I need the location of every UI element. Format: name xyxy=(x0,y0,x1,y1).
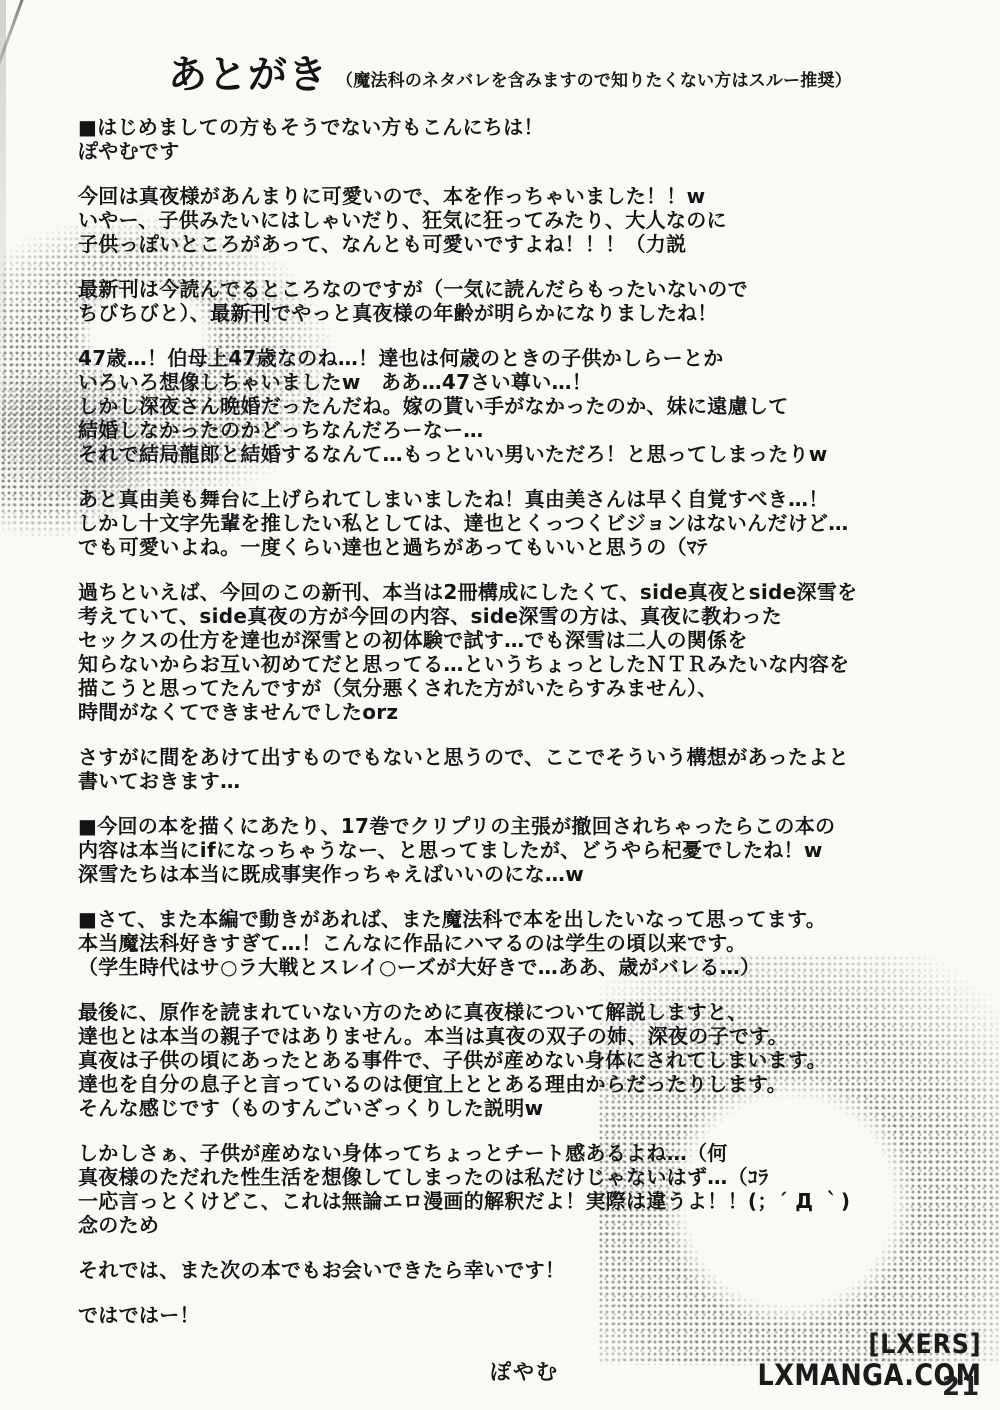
paragraph: 最後に、原作を読まれていない方のために真夜様について解説しますと、達也とは本当の… xyxy=(78,1000,958,1120)
paragraph: 47歳…！伯母上47歳なのね…！達也は何歳のときの子供かしらーとかいろいろ想像し… xyxy=(78,346,958,466)
text-line: 達也を自分の息子と言っているのは便宜上ととある理由からだったりします。 xyxy=(78,1072,958,1096)
text-line: ぽやむです xyxy=(78,139,958,163)
text-line: 今回は真夜様があんまりに可愛いので、本を作っちゃいました！！w xyxy=(78,184,958,208)
text-line: ■さて、また本編で動きがあれば、また魔法科で本を出したいなって思ってます。 xyxy=(78,907,958,931)
text-line: 真夜様のただれた性生活を想像してしまったのは私だけじゃないはず…（ｺﾗ xyxy=(78,1165,958,1189)
text-line: ちびちびと）、最新刊でやっと真夜様の年齢が明らかになりましたね！ xyxy=(78,301,958,325)
text-line: 47歳…！伯母上47歳なのね…！達也は何歳のときの子供かしらーとか xyxy=(78,346,958,370)
afterword-body: ■はじめましての方もそうでない方もこんにちは！ぽやむです今回は真夜様があんまりに… xyxy=(78,115,958,1348)
paragraph: しかしさぁ、子供が産めない身体ってちょっとチート感あるよね…（何真夜様のただれた… xyxy=(78,1141,958,1237)
text-line: ではではー！ xyxy=(78,1303,958,1327)
paragraph: さすがに間をあけて出すものでもないと思うので、ここでそういう構想があったよと書い… xyxy=(78,745,958,793)
text-line: さすがに間をあけて出すものでもないと思うので、ここでそういう構想があったよと xyxy=(78,745,958,769)
scan-edge-left xyxy=(0,0,6,520)
text-line: 念のため xyxy=(78,1213,958,1237)
paragraph: 最新刊は今読んでるところなのですが（一気に読んだらもったいないのでちびちびと）、… xyxy=(78,277,958,325)
text-line: 考えていて、side真夜の方が今回の内容、side深雪の方は、真夜に教わった xyxy=(78,604,958,628)
text-line: （学生時代はサ○ラ大戦とスレイ○ーズが大好きで…ああ、歳がバレる…） xyxy=(78,955,958,979)
text-line: 内容は本当にifになっちゃうなー、と思ってましたが、どうやら杞憂でしたね！w xyxy=(78,838,958,862)
text-line: 時間がなくてできませんでしたorz xyxy=(78,700,958,724)
text-line: でも可愛いよね。一度くらい達也と過ちがあってもいいと思うの（ﾏﾃ xyxy=(78,535,958,559)
text-line: そんな感じです（ものすんごいざっくりした説明w xyxy=(78,1096,958,1120)
text-line: それで結局龍郎と結婚するなんて…もっといい男いただろ！と思ってしまったりw xyxy=(78,442,958,466)
text-line: あと真由美も舞台に上げられてしまいましたね！真由美さんは早く自覚すべき…！ xyxy=(78,487,958,511)
scan-artifact-top-left xyxy=(0,0,25,86)
text-line: 一応言っとくけどこ、これは無論エロ漫画的解釈だよ！実際は違うよ！！(；´ Д ｀… xyxy=(78,1189,958,1213)
page-title: あとがき xyxy=(168,56,328,95)
text-line: いやー、子供みたいにはしゃいだり、狂気に狂ってみたり、大人なのに xyxy=(78,208,958,232)
text-line: 書いておきます… xyxy=(78,769,958,793)
text-line: それでは、また次の本でもお会いできたら幸いです！ xyxy=(78,1258,958,1282)
text-line: しかしさぁ、子供が産めない身体ってちょっとチート感あるよね…（何 xyxy=(78,1141,958,1165)
watermark-group-name: [LXERS] xyxy=(758,1331,982,1360)
text-line: 深雪たちは本当に既成事実作っちゃえばいいのにな…w xyxy=(78,862,958,886)
text-line: 子供っぽいところがあって、なんとも可愛いですよね！！！（力説 xyxy=(78,232,958,256)
paragraph: ■はじめましての方もそうでない方もこんにちは！ぽやむです xyxy=(78,115,958,163)
text-line: 知らないからお互い初めてだと思ってる…というちょっとしたＮＴＲみたいな内容を xyxy=(78,652,958,676)
page-number: 21 xyxy=(942,1372,980,1402)
text-line: 過ちといえば、今回のこの新刊、本当は2冊構成にしたくて、side真夜とside深… xyxy=(78,580,958,604)
text-line: 達也とは本当の親子ではありません。本当は真夜の双子の姉、深夜の子です。 xyxy=(78,1024,958,1048)
page-subtitle: （魔法科のネタバレを含みますので知りたくない方はスルー推奨） xyxy=(336,66,852,95)
text-line: 描こうと思ってたんですが（気分悪くされた方がいたらすみません）、 xyxy=(78,676,958,700)
text-line: 最後に、原作を読まれていない方のために真夜様について解説しますと、 xyxy=(78,1000,958,1024)
paragraph: ではではー！ xyxy=(78,1303,958,1327)
paragraph: 過ちといえば、今回のこの新刊、本当は2冊構成にしたくて、side真夜とside深… xyxy=(78,580,958,724)
text-line: 真夜は子供の頃にあったとある事件で、子供が産めない身体にされてしまいます。 xyxy=(78,1048,958,1072)
paragraph: あと真由美も舞台に上げられてしまいましたね！真由美さんは早く自覚すべき…！しかし… xyxy=(78,487,958,559)
text-line: しかし十文字先輩を推したい私としては、達也とくっつくビジョンはないんだけど… xyxy=(78,511,958,535)
text-line: セックスの仕方を達也が深雪との初体験で試す…でも深雪は二人の関係を xyxy=(78,628,958,652)
text-line: ■はじめましての方もそうでない方もこんにちは！ xyxy=(78,115,958,139)
text-line: いろいろ想像しちゃいましたw ああ…47さい尊い…！ xyxy=(78,370,958,394)
paragraph: 今回は真夜様があんまりに可愛いので、本を作っちゃいました！！wいやー、子供みたい… xyxy=(78,184,958,256)
text-line: しかし深夜さん晩婚だったんだね。嫁の貰い手がなかったのか、妹に遠慮して xyxy=(78,394,958,418)
afterword-page: あとがき （魔法科のネタバレを含みますので知りたくない方はスルー推奨） ■はじめ… xyxy=(0,0,1000,1410)
text-line: 最新刊は今読んでるところなのですが（一気に読んだらもったいないので xyxy=(78,277,958,301)
paragraph: ■さて、また本編で動きがあれば、また魔法科で本を出したいなって思ってます。本当魔… xyxy=(78,907,958,979)
text-line: 結婚しなかったのかどっちなんだろーなー… xyxy=(78,418,958,442)
author-signature: ぽやむ xyxy=(490,1356,559,1386)
paragraph: ■今回の本を描くにあたり、17巻でクリプリの主張が撤回されちゃったらこの本の内容… xyxy=(78,814,958,886)
heading-row: あとがき （魔法科のネタバレを含みますので知りたくない方はスルー推奨） xyxy=(168,56,852,95)
paragraph: それでは、また次の本でもお会いできたら幸いです！ xyxy=(78,1258,958,1282)
text-line: ■今回の本を描くにあたり、17巻でクリプリの主張が撤回されちゃったらこの本の xyxy=(78,814,958,838)
text-line: 本当魔法科好きすぎて…！こんなに作品にハマるのは学生の頃以来です。 xyxy=(78,931,958,955)
